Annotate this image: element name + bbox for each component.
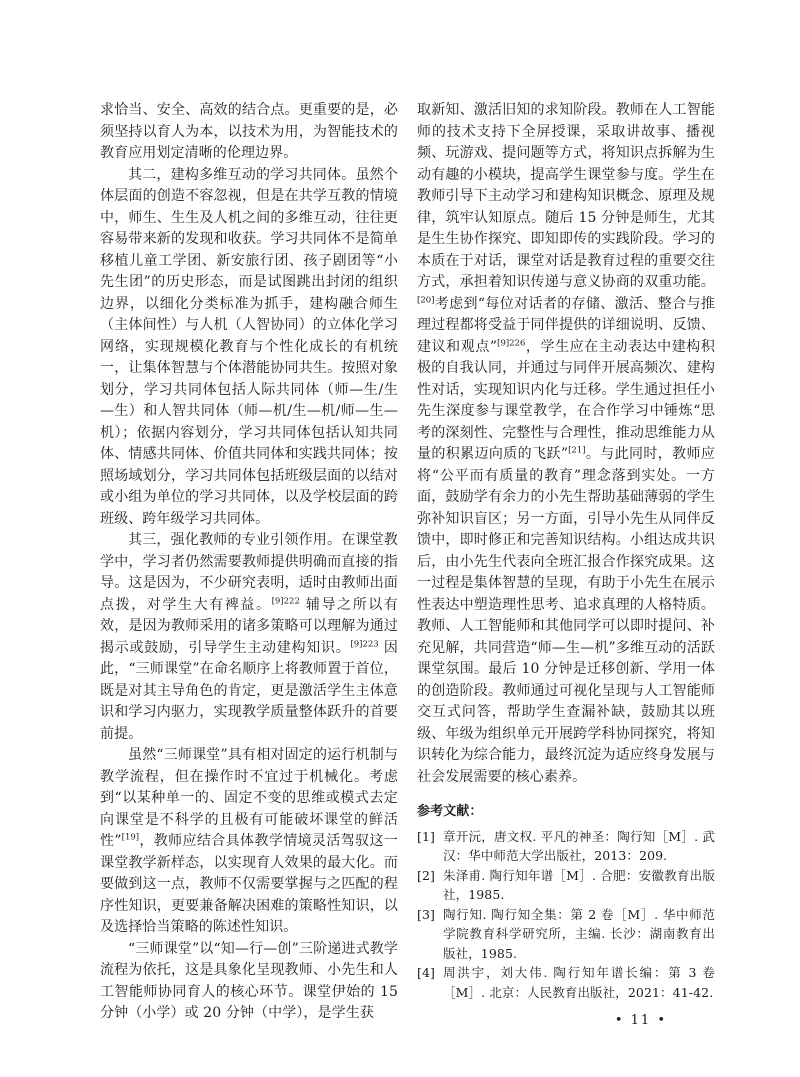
text-run: 取新知、激活旧知的求知阶段。教师在人工智能师的技术支持下全屏授课，采取讲故事、播… xyxy=(417,102,715,290)
paragraph: “三师课堂”以“知—行—创”三阶递进式教学流程为依托，这是具象化呈现教师、小先生… xyxy=(100,939,398,1025)
text-run: ，教师应结合具体教学情境灵活驾驭这一课堂教学新样态，以实现育人效果的最大化。而要… xyxy=(100,833,398,935)
references-heading: 参考文献： xyxy=(417,802,715,822)
text-run: 求恰当、安全、高效的结合点。更重要的是，必须坚持以育人为本，以技术为用，为智能技… xyxy=(100,102,398,161)
left-text-column: 求恰当、安全、高效的结合点。更重要的是，必须坚持以育人为本，以技术为用，为智能技… xyxy=(100,100,398,1025)
paragraph: 其三，强化教师的专业引领作用。在课堂教学中，学习者仍然需要教师提供明确而直接的指… xyxy=(100,530,398,745)
reference-label: [4] xyxy=(417,963,435,983)
text-run: ，学生应在主动表达中建构积极的自我认同，并通过与同伴开展高频次、建构性对话，实现… xyxy=(417,339,715,463)
right-column-body: 取新知、激活旧知的求知阶段。教师在人工智能师的技术支持下全屏授课，采取讲故事、播… xyxy=(417,100,715,788)
citation-superscript: [9]223 xyxy=(350,639,378,649)
paragraph: 求恰当、安全、高效的结合点。更重要的是，必须坚持以育人为本，以技术为用，为智能技… xyxy=(100,100,398,165)
reference-text: 陶行知. 陶行知全集：第 2 卷［M］. 华中师范学院教育科学研究所，主编. 长… xyxy=(443,907,715,961)
reference-item: [1]章开沅，唐文权. 平凡的神圣：陶行知［M］. 武汉：华中师范大学出版社，2… xyxy=(417,827,715,866)
references-section: 参考文献： [1]章开沅，唐文权. 平凡的神圣：陶行知［M］. 武汉：华中师范大… xyxy=(417,802,715,1002)
reference-item: [2]朱泽甫. 陶行知年谱［M］. 合肥：安徽教育出版社，1985. xyxy=(417,866,715,905)
reference-text: 周洪宇，刘大伟. 陶行知年谱长编：第 3 卷［M］. 北京：人民教育出版社，20… xyxy=(443,965,715,1000)
paragraph: 虽然“三师课堂”具有相对固定的运行机制与教学流程，但在操作时不宜过于机械化。考虑… xyxy=(100,745,398,939)
paragraph: 取新知、激活旧知的求知阶段。教师在人工智能师的技术支持下全屏授课，采取讲故事、播… xyxy=(417,100,715,788)
scanned-paper-page: 求恰当、安全、高效的结合点。更重要的是，必须坚持以育人为本，以技术为用，为智能技… xyxy=(0,0,800,1077)
reference-text: 朱泽甫. 陶行知年谱［M］. 合肥：安徽教育出版社，1985. xyxy=(443,868,715,903)
citation-superscript: [19] xyxy=(122,832,139,842)
reference-text: 章开沅，唐文权. 平凡的神圣：陶行知［M］. 武汉：华中师范大学出版社，2013… xyxy=(443,829,715,864)
text-run: “三师课堂”以“知—行—创”三阶递进式教学流程为依托，这是具象化呈现教师、小先生… xyxy=(100,941,398,1022)
text-run: 其二，建构多维互动的学习共同体。虽然个体层面的创造不容忽视，但是在共学互教的情境… xyxy=(100,167,398,527)
citation-superscript: [9]226 xyxy=(497,338,525,348)
reference-item: [4]周洪宇，刘大伟. 陶行知年谱长编：第 3 卷［M］. 北京：人民教育出版社… xyxy=(417,963,715,1002)
reference-label: [3] xyxy=(417,905,435,925)
reference-label: [1] xyxy=(417,827,435,847)
citation-superscript: [20] xyxy=(417,295,434,305)
right-text-column: 取新知、激活旧知的求知阶段。教师在人工智能师的技术支持下全屏授课，采取讲故事、播… xyxy=(417,100,715,1032)
paragraph: 其二，建构多维互动的学习共同体。虽然个体层面的创造不容忽视，但是在共学互教的情境… xyxy=(100,165,398,531)
citation-superscript: [21] xyxy=(568,445,585,455)
reference-label: [2] xyxy=(417,866,435,886)
reference-item: [3]陶行知. 陶行知全集：第 2 卷［M］. 华中师范学院教育科学研究所，主编… xyxy=(417,905,715,964)
text-run: 。与此同时，教师应将“公平而有质量的教育”理念落到实处。一方面，鼓励学有余力的小… xyxy=(417,446,715,785)
references-list: [1]章开沅，唐文权. 平凡的神圣：陶行知［M］. 武汉：华中师范大学出版社，2… xyxy=(417,827,715,1003)
citation-superscript: [9]222 xyxy=(272,596,300,606)
page-number: • 11 • xyxy=(417,1010,715,1032)
